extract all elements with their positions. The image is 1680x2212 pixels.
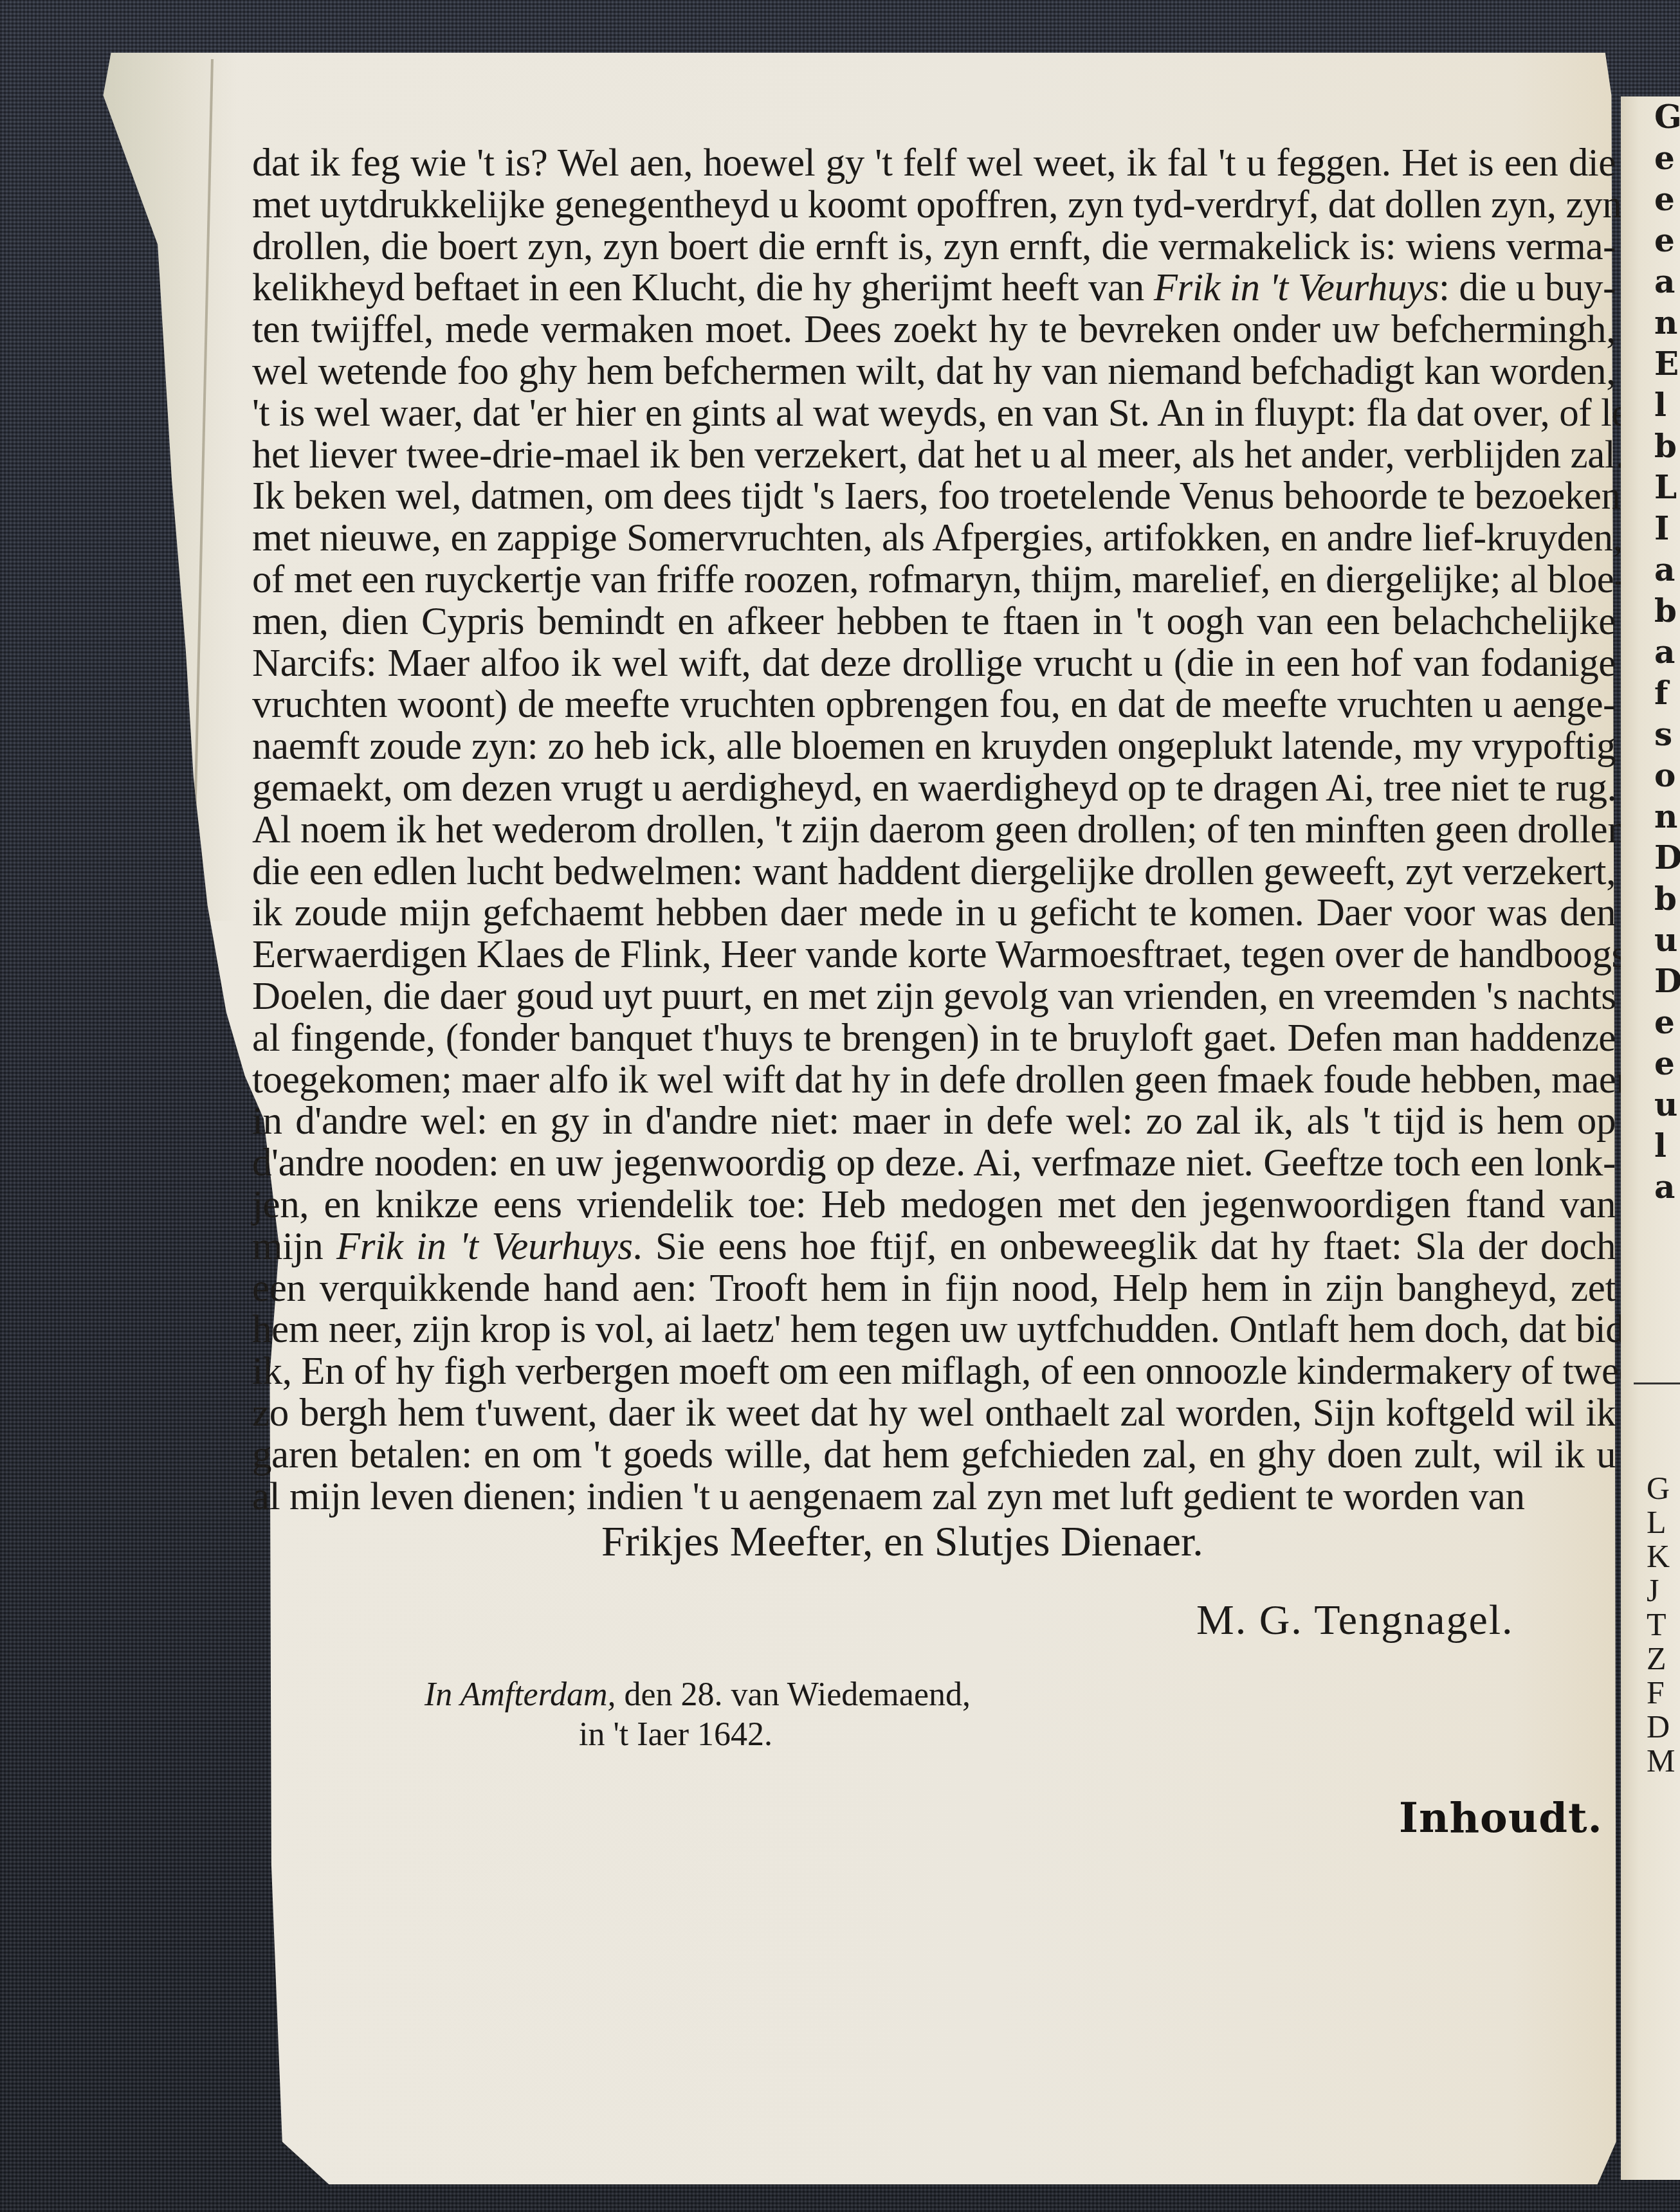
text-line: men, dien Cypris bemindt en afkeer hebbe… bbox=[252, 601, 1616, 643]
edge-glyph: I bbox=[1654, 508, 1680, 549]
text-line: Ik beken wel, datmen, om dees tijdt 's I… bbox=[252, 476, 1616, 518]
text-line: jen, en knikze eens vriendelik toe: Heb … bbox=[252, 1184, 1616, 1226]
author-signature: M. G. Tengnagel. bbox=[1196, 1596, 1514, 1645]
text-line: toegekomen; maer alfo ik wel wift dat hy… bbox=[252, 1060, 1616, 1101]
edge-glyph: u bbox=[1654, 920, 1680, 961]
edge-glyph: e bbox=[1654, 179, 1680, 220]
cast-initial: J bbox=[1647, 1573, 1675, 1608]
text-line: Narcifs: Maer alfoo ik wel wift, dat dez… bbox=[252, 643, 1616, 685]
text-line: dat ik feg wie 't is? Wel aen, hoewel gy… bbox=[252, 143, 1616, 185]
edge-glyph: n bbox=[1654, 796, 1680, 837]
text-line: zo bergh hem t'uwent, daer ik weet dat h… bbox=[252, 1393, 1616, 1435]
edge-glyph: D bbox=[1654, 961, 1680, 1002]
edge-glyph: b bbox=[1654, 878, 1680, 920]
text-line: al fingende, (fonder banquet t'huys te b… bbox=[252, 1018, 1616, 1060]
dateline-place: In Amfterdam, bbox=[425, 1676, 616, 1713]
text-line: d'andre nooden: en uw jegenwoordig op de… bbox=[252, 1143, 1616, 1184]
text-line: al mijn leven dienen; indien 't u aengen… bbox=[252, 1476, 1616, 1518]
text-line: garen betalen: en om 't goeds wille, dat… bbox=[252, 1435, 1616, 1476]
cast-initial: G bbox=[1647, 1471, 1675, 1505]
text-line: met nieuwe, en zappige Somervruchten, al… bbox=[252, 518, 1616, 559]
text-line: ik zoude mijn gefchaemt hebben daer mede… bbox=[252, 893, 1616, 934]
text-line: het liever twee-drie-mael ik ben verzeke… bbox=[252, 435, 1616, 476]
adjacent-page-text-fragments: GeeeanElbLIabafsonDbuDeeula bbox=[1654, 96, 1680, 1208]
water-stain bbox=[64, 53, 238, 921]
text-line: 't is wel waer, dat 'er hier en gints al… bbox=[252, 393, 1616, 435]
edge-glyph: b bbox=[1654, 590, 1680, 631]
dedication-body-text: dat ik feg wie 't is? Wel aen, hoewel gy… bbox=[252, 143, 1616, 1518]
subscription-line: Frikjes Meefter, en Slutjes Dienaer. bbox=[601, 1518, 1203, 1566]
italic-title: Frik in 't Veurhuys bbox=[1154, 266, 1439, 309]
text-line: of met een ruyckertje van friffe roozen,… bbox=[252, 559, 1616, 601]
cast-initial: K bbox=[1647, 1539, 1675, 1573]
dateline: In Amfterdam, den 28. van Wiedemaend, in… bbox=[425, 1675, 971, 1755]
text-line: een verquikkende hand aen: Trooft hem in… bbox=[252, 1268, 1616, 1310]
edge-glyph: L bbox=[1654, 467, 1680, 508]
edge-glyph: l bbox=[1654, 385, 1680, 426]
edge-glyph: e bbox=[1654, 220, 1680, 261]
text-line: vruchten woont) de meefte vruchten opbre… bbox=[252, 684, 1616, 726]
text-line: mijn Frik in 't Veurhuys. Sie eens hoe f… bbox=[252, 1226, 1616, 1268]
text-line: met uytdrukkelijke genegentheyd u koomt … bbox=[252, 185, 1616, 226]
edge-glyph: D bbox=[1654, 837, 1680, 878]
text-line: kelikheyd beftaet in een Klucht, die hy … bbox=[252, 267, 1616, 309]
edge-glyph: a bbox=[1654, 631, 1680, 673]
text-line: naemft zoude zyn: zo heb ick, alle bloem… bbox=[252, 726, 1616, 768]
edge-glyph: s bbox=[1654, 714, 1680, 755]
cast-initial: M bbox=[1647, 1744, 1675, 1778]
edge-glyph: G bbox=[1654, 96, 1680, 138]
page-fold-crease bbox=[192, 59, 214, 895]
dateline-year: in 't Iaer 1642. bbox=[425, 1715, 971, 1755]
italic-title: Frik in 't Veurhuys bbox=[336, 1225, 633, 1268]
cast-initial: L bbox=[1647, 1505, 1675, 1539]
edge-glyph: a bbox=[1654, 1166, 1680, 1208]
cast-initial: D bbox=[1647, 1710, 1675, 1744]
adjacent-page-cast-initials: GLKJTZFDM bbox=[1647, 1471, 1675, 1778]
edge-glyph: e bbox=[1654, 1002, 1680, 1043]
text-line: hem neer, zijn krop is vol, ai laetz' he… bbox=[252, 1309, 1616, 1351]
edge-glyph: a bbox=[1654, 261, 1680, 302]
edge-glyph: o bbox=[1654, 755, 1680, 796]
edge-glyph: e bbox=[1654, 1043, 1680, 1084]
text-line: Doelen, die daer goud uyt puurt, en met … bbox=[252, 976, 1616, 1018]
dateline-date: den 28. van Wiedemaend, bbox=[625, 1676, 971, 1713]
text-line: gemaekt, om dezen vrugt u aerdigheyd, en… bbox=[252, 768, 1616, 810]
text-line: Al noem ik het wederom drollen, 't zijn … bbox=[252, 810, 1616, 851]
text-line: wel wetende foo ghy hem befchermen wilt,… bbox=[252, 351, 1616, 393]
cast-initial: Z bbox=[1647, 1642, 1675, 1676]
edge-glyph: e bbox=[1654, 138, 1680, 179]
text-line: in d'andre wel: en gy in d'andre niet: m… bbox=[252, 1101, 1616, 1143]
text-line: Eerwaerdigen Klaes de Flink, Heer vande … bbox=[252, 934, 1616, 976]
edge-glyph: l bbox=[1654, 1125, 1680, 1166]
text-line: ten twijffel, mede vermaken moet. Dees z… bbox=[252, 309, 1616, 351]
edge-glyph: b bbox=[1654, 426, 1680, 467]
text-line: drollen, die boert zyn, zyn boert die er… bbox=[252, 226, 1616, 268]
edge-glyph: E bbox=[1654, 343, 1680, 385]
cast-initial: F bbox=[1647, 1676, 1675, 1710]
text-line: die een edlen lucht bedwelmen: want hadd… bbox=[252, 851, 1616, 893]
text-line: ik, En of hy figh verbergen moeft om een… bbox=[252, 1351, 1616, 1393]
edge-glyph: n bbox=[1654, 302, 1680, 343]
adjacent-page-edge: GeeeanElbLIabafsonDbuDeeula GLKJTZFDM bbox=[1621, 96, 1680, 2180]
adjacent-page-rule bbox=[1634, 1382, 1680, 1384]
cast-initial: T bbox=[1647, 1608, 1675, 1642]
edge-glyph: f bbox=[1654, 673, 1680, 714]
catchword: Inhoudt. bbox=[1399, 1794, 1603, 1842]
edge-glyph: u bbox=[1654, 1084, 1680, 1125]
edge-glyph: a bbox=[1654, 549, 1680, 590]
